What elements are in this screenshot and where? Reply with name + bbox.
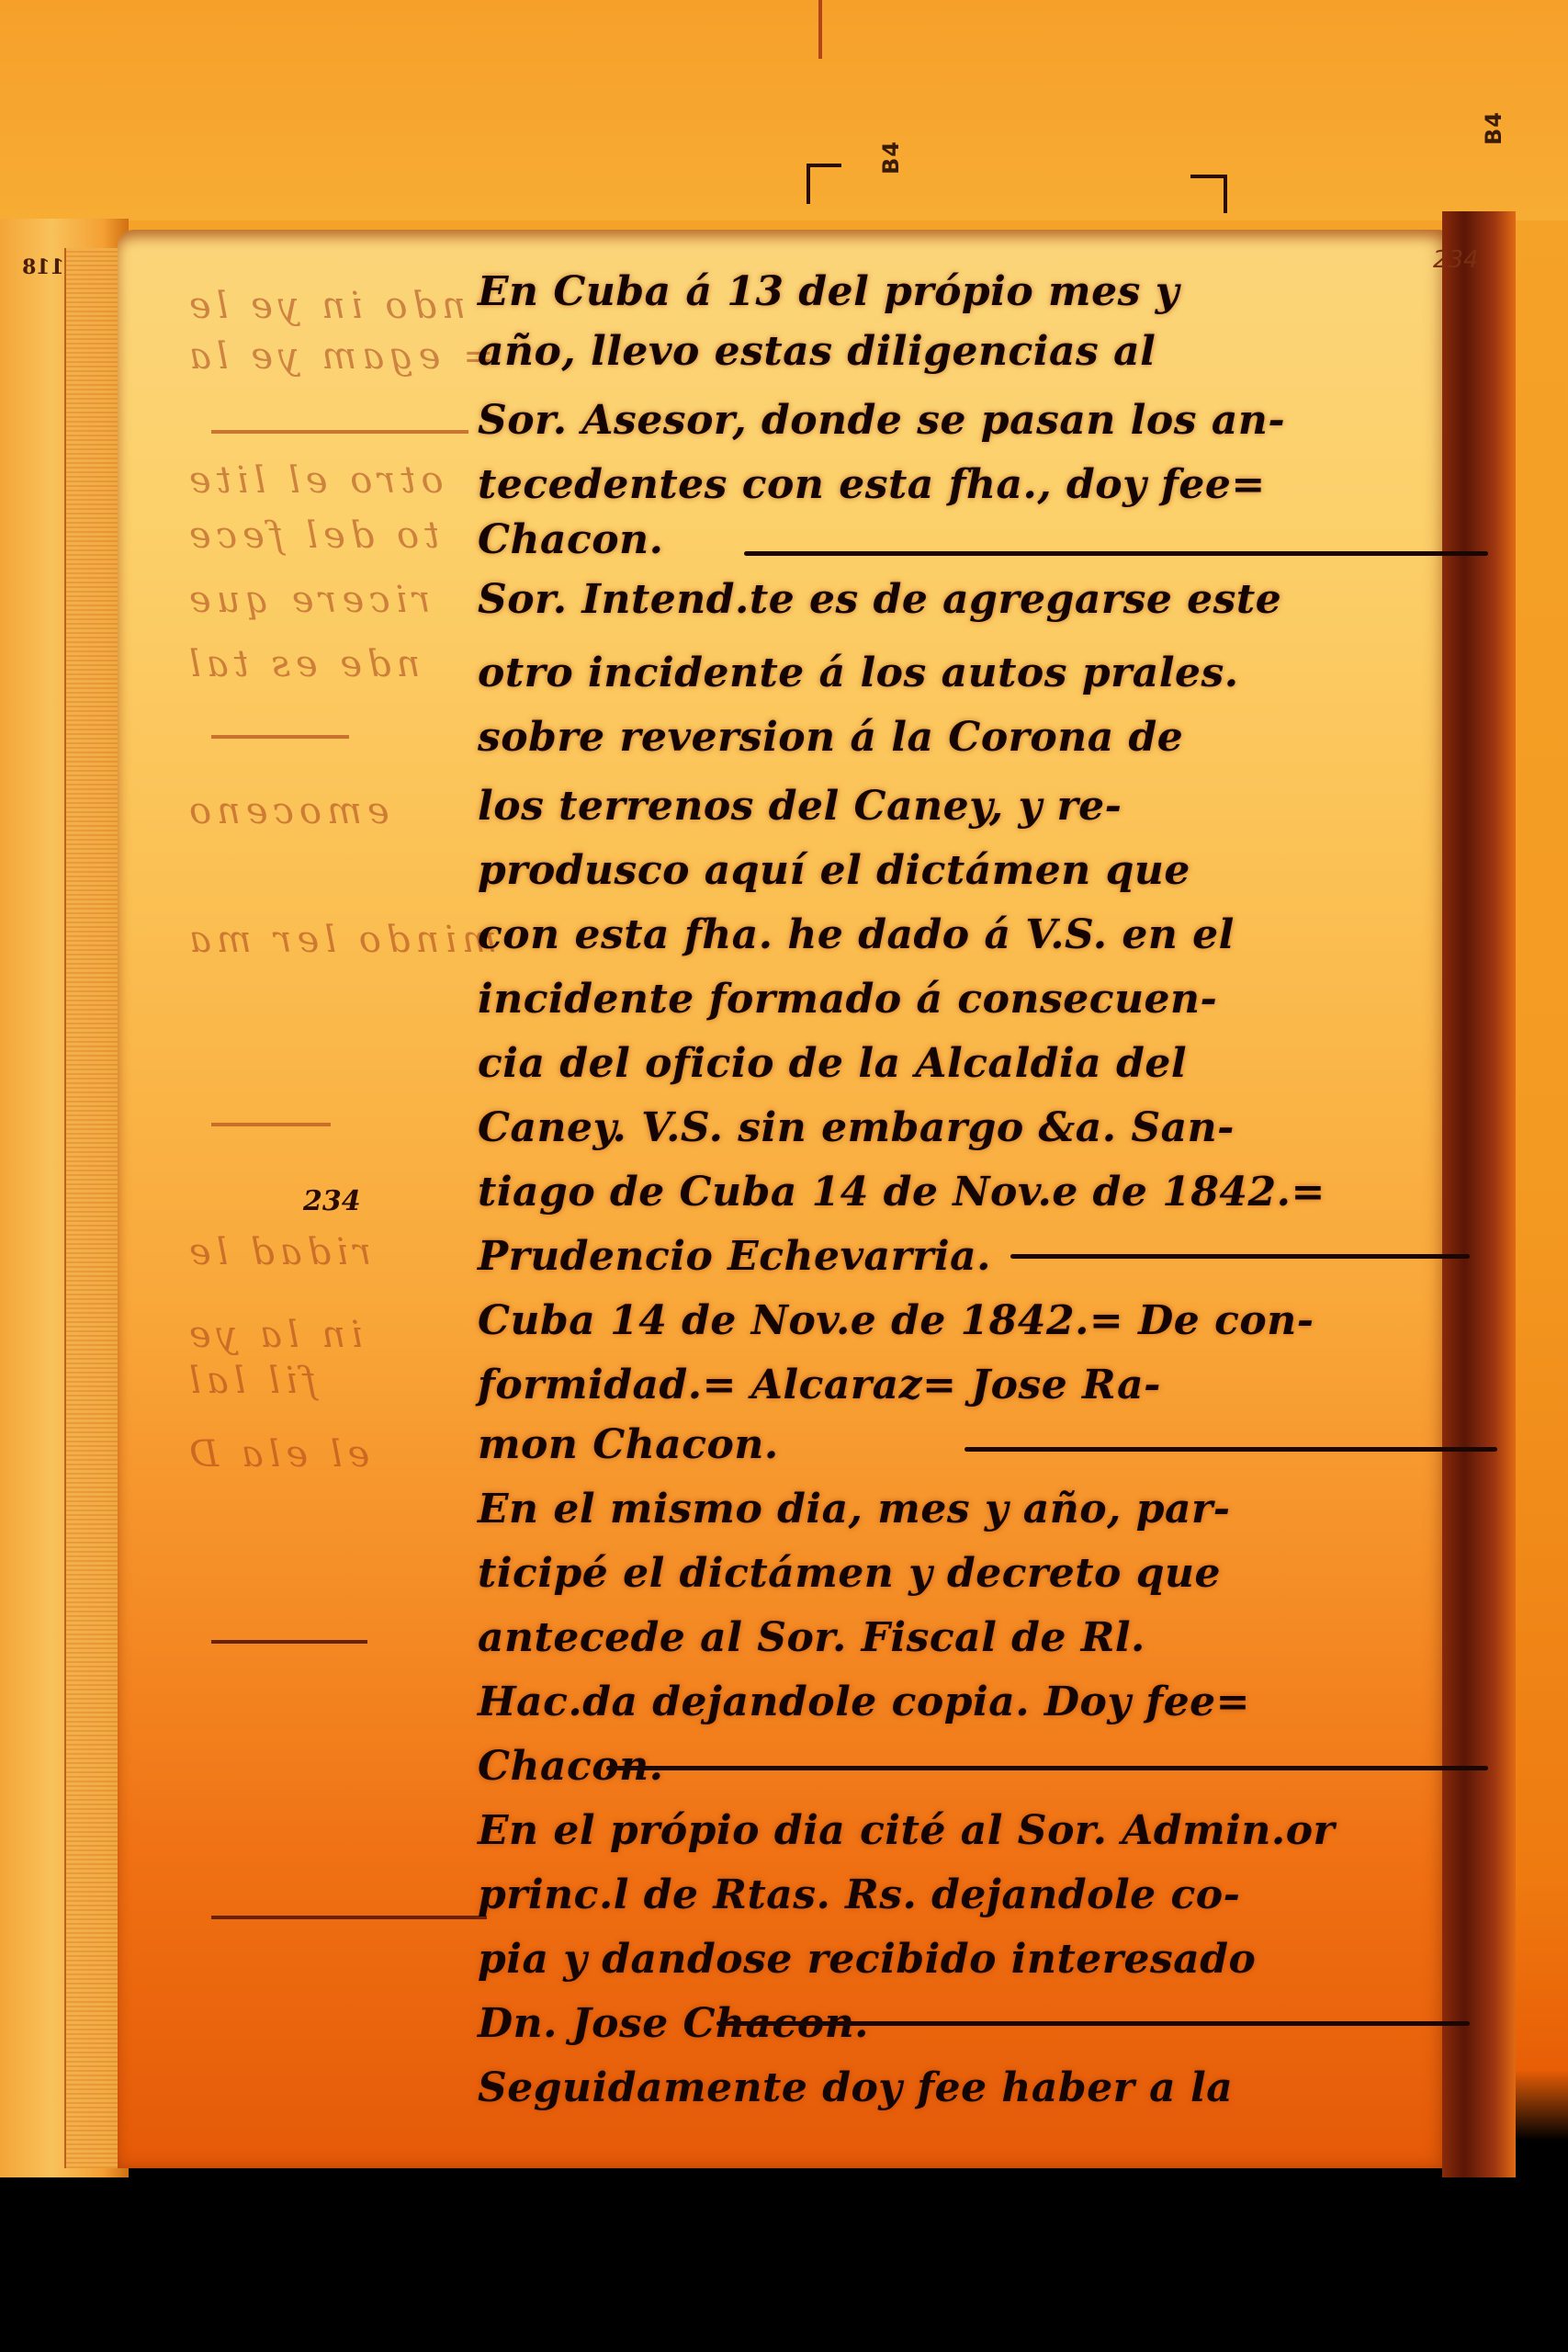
left-page-folio: 118 (22, 255, 64, 279)
closing-rule (716, 2021, 1470, 2026)
text-line: los terrenos del Caney, y re- (478, 781, 1497, 832)
crop-marker-left-corner-v (807, 164, 810, 204)
text-line: ticipé el dictámen y decreto que (478, 1548, 1497, 1600)
closing-rule (606, 1766, 1488, 1770)
closing-rule (744, 551, 1488, 556)
crop-marker-vertical (818, 0, 822, 59)
text-line: En Cuba á 13 del própio mes y (478, 266, 1497, 318)
text-line: Seguidamente doy fee haber a la (478, 2063, 1497, 2114)
bleed-through-text: ricere que (184, 579, 431, 621)
crop-marker-right-corner-v (1224, 175, 1227, 213)
crop-marker-right-corner-h (1190, 175, 1227, 178)
text-line: Caney. V.S. sin embargo &a. San- (478, 1102, 1497, 1154)
book-spine (64, 248, 123, 2168)
bleed-through-text: fil lal (184, 1360, 317, 1402)
text-line: mon Chacon. (478, 1419, 1497, 1471)
bleed-through-rule (211, 735, 349, 739)
bleed-through-text: emoceno (184, 790, 389, 832)
text-line: En el mismo dia, mes y año, par- (478, 1484, 1497, 1535)
bleed-through-rule (211, 1640, 367, 1644)
bleed-through-text: to del fece (184, 514, 439, 557)
text-line: otro incidente á los autos prales. (478, 648, 1497, 699)
bleed-through-text: mindo ler ma (184, 919, 497, 961)
text-line: cia del oficio de la Alcaldia del (478, 1038, 1497, 1090)
text-line: Sor. Asesor, donde se pasan los an- (478, 395, 1497, 447)
text-line: tecedentes con esta fha., doy fee= (478, 459, 1497, 511)
text-line: Sor. Intend.te es de agregarse este (478, 574, 1497, 626)
text-line: produsco aquí el dictámen que (478, 845, 1497, 897)
bleed-through-text: ridad le (184, 1231, 371, 1273)
scanner-backdrop (0, 0, 1568, 220)
text-line: princ.l de Rtas. Rs. dejandole co- (478, 1870, 1497, 1921)
text-line: con esta fha. he dado á V.S. en el (478, 910, 1497, 961)
bleed-through-text: in la ye (184, 1314, 363, 1356)
bleed-through-rule (211, 1123, 331, 1126)
text-line: Hac.da dejandole copia. Doy fee= (478, 1677, 1497, 1728)
text-line: En el própio dia cité al Sor. Admin.or (478, 1805, 1497, 1857)
crop-label-left: B4 (878, 141, 904, 175)
text-line: tiago de Cuba 14 de Nov.e de 1842.= (478, 1167, 1497, 1218)
closing-rule (964, 1447, 1497, 1452)
bleed-through-text: otro el lite (184, 459, 444, 502)
text-line: sobre reversion á la Corona de (478, 712, 1497, 763)
text-line: Cuba 14 de Nov.e de 1842.= De con- (478, 1295, 1497, 1347)
bleed-through-text: nde es tal (184, 643, 420, 685)
text-line: antecede al Sor. Fiscal de Rl. (478, 1612, 1497, 1664)
bleed-through-text: = egam ye la (184, 335, 494, 378)
text-line: Chacon. (478, 514, 1497, 566)
text-line: incidente formado á consecuen- (478, 974, 1497, 1025)
text-line: año, llevo estas diligencias al (478, 326, 1497, 378)
bleed-through-text: ndo in ye le (184, 285, 466, 327)
bleed-through-rule (211, 430, 468, 434)
bottom-shadow (0, 2177, 1568, 2352)
margin-annotation: 234 (303, 1185, 361, 1217)
text-line: formidad.= Alcaraz= Jose Ra- (478, 1360, 1497, 1411)
text-line: pia y dandose recibido interesado (478, 1934, 1497, 1985)
crop-label-right: B4 (1481, 111, 1506, 145)
bleed-through-rule (211, 1916, 487, 1919)
crop-marker-left-corner-h (807, 164, 841, 167)
closing-rule (1010, 1254, 1470, 1259)
bleed-through-text: el ela D (184, 1433, 369, 1476)
